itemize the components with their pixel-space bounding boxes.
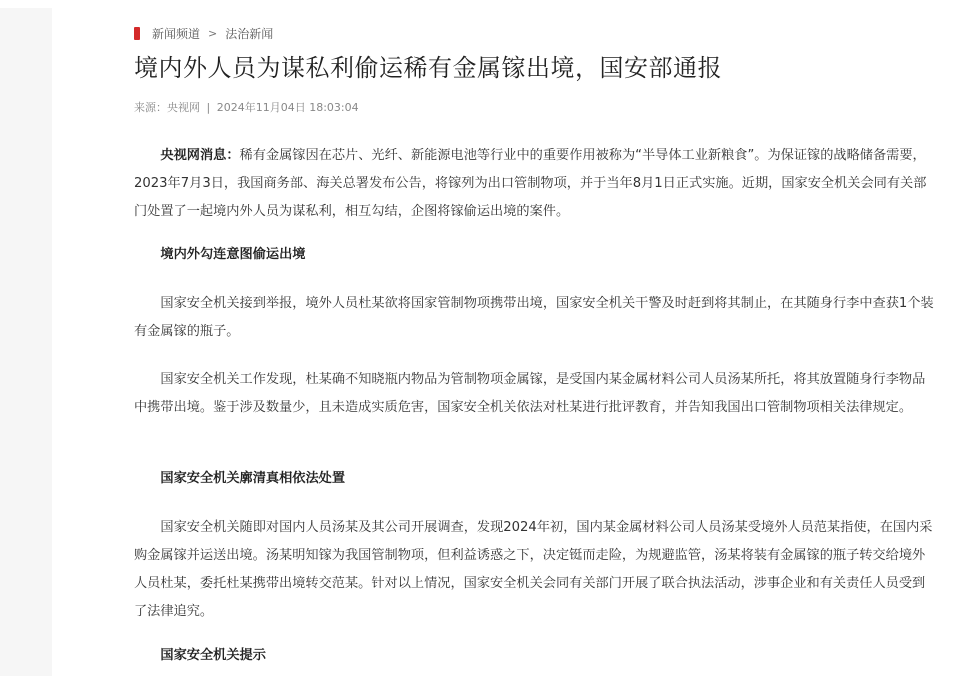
page: 新闻频道 > 法治新闻 境内外人员为谋私利偷运稀有金属镓出境，国安部通报 来源：… xyxy=(0,0,980,676)
section-heading-1: 境内外勾连意图偷运出境 xyxy=(134,241,934,269)
article-meta: 来源：央视网 | 2024年11月04日 18:03:04 xyxy=(134,100,359,116)
article-title: 境内外人员为谋私利偷运稀有金属镓出境，国安部通报 xyxy=(134,50,722,86)
section-heading-3: 国家安全机关提示 xyxy=(134,642,934,670)
breadcrumb-separator: > xyxy=(208,27,217,40)
left-gutter xyxy=(0,8,52,676)
section-1-paragraph-1: 国家安全机关接到举报，境外人员杜某欲将国家管制物项携带出境，国家安全机关干警及时… xyxy=(134,290,934,346)
source-label: 来源： xyxy=(134,101,167,114)
breadcrumb: 新闻频道 > 法治新闻 xyxy=(134,24,273,42)
intro-lead: 央视网消息： xyxy=(160,148,239,163)
breadcrumb-marker-icon xyxy=(134,27,140,40)
section-1-paragraph-2: 国家安全机关工作发现，杜某确不知晓瓶内物品为管制物项金属镓，是受国内某金属材料公… xyxy=(134,366,934,422)
publish-datetime: 2024年11月04日 18:03:04 xyxy=(217,101,359,114)
section-heading-2: 国家安全机关廓清真相依法处置 xyxy=(134,465,934,493)
meta-divider: | xyxy=(207,101,211,114)
source-name: 央视网 xyxy=(167,101,200,114)
intro-text: 稀有金属镓因在芯片、光纤、新能源电池等行业中的重要作用被称为“半导体工业新粮食”… xyxy=(134,148,926,219)
section-2-paragraph-1: 国家安全机关随即对国内人员汤某及其公司开展调查，发现2024年初，国内某金属材料… xyxy=(134,514,934,626)
breadcrumb-item-news-channel[interactable]: 新闻频道 xyxy=(152,25,200,42)
breadcrumb-item-legal-news[interactable]: 法治新闻 xyxy=(225,25,273,42)
intro-paragraph: 央视网消息：稀有金属镓因在芯片、光纤、新能源电池等行业中的重要作用被称为“半导体… xyxy=(134,142,934,226)
